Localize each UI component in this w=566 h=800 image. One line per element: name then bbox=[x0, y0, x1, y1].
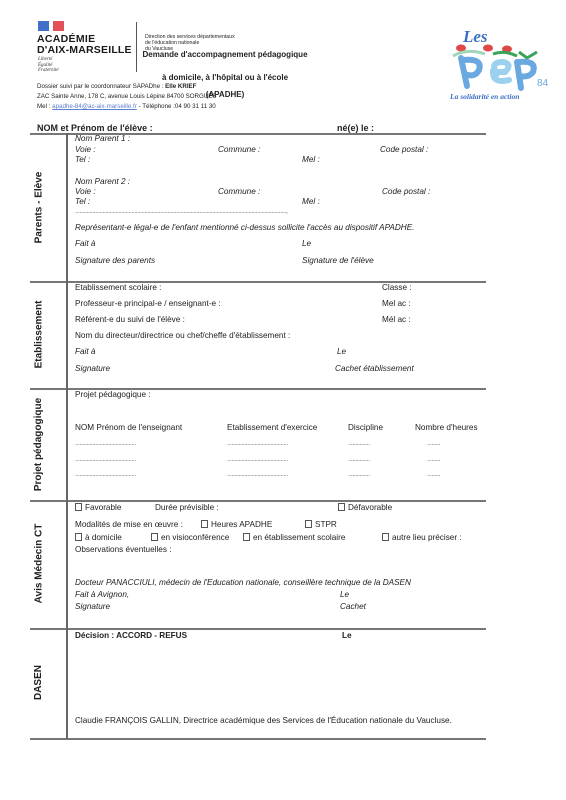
parent1-email-label: Mel : bbox=[302, 155, 320, 164]
teacher-email-label: Mel ac : bbox=[382, 299, 411, 308]
duration-label: Durée prévisible : bbox=[155, 503, 219, 512]
svg-text:Les: Les bbox=[462, 27, 488, 46]
project-row-field: ........................................… bbox=[75, 440, 205, 447]
contact-address: ZAC Sainte Anne, 178 C, avenue Louis Lép… bbox=[37, 93, 217, 100]
parent2-postcode-label: Code postal : bbox=[382, 187, 430, 196]
parent2-street-label: Voie : bbox=[75, 187, 96, 196]
class-label: Classe : bbox=[382, 283, 412, 292]
republic-motto: LibertéÉgalitéFraternité bbox=[38, 57, 59, 74]
project-row-field: ............... bbox=[348, 440, 393, 447]
student-name-label: NOM et Prénom de l'élève : bbox=[37, 123, 153, 133]
legal-rep-statement: Représentant-e légal-e de l'enfant menti… bbox=[75, 223, 414, 232]
project-row-field: ........................................… bbox=[75, 471, 205, 478]
section-title-etablissement: Etablissement bbox=[14, 284, 64, 384]
project-row-field: ........................................… bbox=[75, 456, 205, 463]
section-title-parents: Parents - Elève bbox=[14, 140, 64, 275]
project-row-field: ........................................… bbox=[227, 456, 332, 463]
parent1-phone-label: Tel : bbox=[75, 155, 90, 164]
project-row-field: ......... bbox=[427, 471, 457, 478]
parents-date-label: Le bbox=[302, 239, 311, 248]
parent2-phone-label: Tel : bbox=[75, 197, 90, 206]
unfavorable-checkbox[interactable]: Défavorable bbox=[338, 503, 392, 512]
header-divider bbox=[136, 22, 137, 72]
observations-label: Observations éventuelles : bbox=[75, 545, 171, 554]
pep84-logo-icon: Les 84 bbox=[447, 22, 557, 102]
contact-mail-phone: Mel : apadhe-84@ac-aix-marseille.fr - Té… bbox=[37, 103, 216, 110]
director-label: Nom du directeur/directrice ou chef/chef… bbox=[75, 331, 290, 340]
project-row-field: ......... bbox=[427, 440, 457, 447]
parent1-name-label: Nom Parent 1 : bbox=[75, 134, 130, 143]
school-setting-checkbox[interactable]: en établissement scolaire bbox=[243, 533, 345, 542]
contact-coordinator: Dossier suivi par le coordonnateur SAPAD… bbox=[37, 83, 196, 90]
referent-email-label: Mél ac : bbox=[382, 315, 411, 324]
parent1-city-label: Commune : bbox=[218, 145, 260, 154]
school-label: Etablissement scolaire : bbox=[75, 283, 161, 292]
parents-signature-label: Signature des parents bbox=[75, 256, 155, 265]
section-divider bbox=[30, 738, 486, 740]
school-place-label: Fait à bbox=[75, 347, 95, 356]
form-title-line2: à domicile, à l'hôpital ou à l'école bbox=[55, 73, 395, 82]
doctor-stamp-label: Cachet bbox=[340, 602, 366, 611]
project-row-field: ......... bbox=[427, 456, 457, 463]
project-label: Projet pédagogique : bbox=[75, 390, 151, 399]
svg-text:84: 84 bbox=[537, 78, 549, 89]
section-title-projet: Projet pédagogique bbox=[14, 392, 64, 496]
referent-label: Référent-e du suivi de l'élève : bbox=[75, 315, 185, 324]
parent2-name-label: Nom Parent 2 : bbox=[75, 177, 130, 186]
decision-label: Décision : ACCORD - REFUS bbox=[75, 631, 187, 640]
doctor-date-label: Le bbox=[340, 590, 349, 599]
project-row-field: ........................................… bbox=[227, 471, 332, 478]
logo-tagline: La solidarité en action bbox=[450, 92, 519, 101]
stpr-checkbox[interactable]: STPR bbox=[305, 520, 337, 529]
decision-date-label: Le bbox=[342, 631, 352, 640]
teacher-label: Professeur-e principal-e / enseignant-e … bbox=[75, 299, 221, 308]
doctor-name: Docteur PANACCIULI, médecin de l'Educati… bbox=[75, 578, 411, 587]
section-divider bbox=[30, 628, 486, 630]
school-date-label: Le bbox=[337, 347, 346, 356]
section-divider bbox=[30, 500, 486, 502]
modalities-label: Modalités de mise en œuvre : bbox=[75, 520, 183, 529]
project-row-field: ............... bbox=[348, 471, 393, 478]
dotted-line: ........................................… bbox=[75, 208, 455, 215]
parent2-email-label: Mel : bbox=[302, 197, 320, 206]
contact-email-link[interactable]: apadhe-84@ac-aix-marseille.fr bbox=[52, 103, 137, 110]
school-stamp-label: Cachet établissement bbox=[335, 364, 414, 373]
col-school: Etablissement d'exercice bbox=[227, 423, 317, 432]
videoconference-checkbox[interactable]: en visioconférence bbox=[151, 533, 229, 542]
student-birthdate-label: né(e) le : bbox=[337, 123, 374, 133]
col-hours: Nombre d'heures bbox=[415, 423, 478, 432]
doctor-place-label: Fait à Avignon, bbox=[75, 590, 129, 599]
section-title-avis: Avis Médecin CT bbox=[14, 504, 64, 622]
parents-place-label: Fait à bbox=[75, 239, 95, 248]
parent1-postcode-label: Code postal : bbox=[380, 145, 428, 154]
marianne-flag-icon bbox=[38, 21, 64, 31]
favorable-checkbox[interactable]: Favorable bbox=[75, 503, 121, 512]
parent1-street-label: Voie : bbox=[75, 145, 96, 154]
column-divider bbox=[66, 133, 68, 739]
project-row-field: ............... bbox=[348, 456, 393, 463]
parent2-city-label: Commune : bbox=[218, 187, 260, 196]
student-signature-label: Signature de l'élève bbox=[302, 256, 374, 265]
doctor-signature-label: Signature bbox=[75, 602, 110, 611]
col-discipline: Discipline bbox=[348, 423, 383, 432]
school-signature-label: Signature bbox=[75, 364, 110, 373]
project-row-field: ........................................… bbox=[227, 440, 332, 447]
col-teacher-name: NOM Prénom de l'enseignant bbox=[75, 423, 182, 432]
dasen-signatory: Claudie FRANÇOIS GALLIN, Directrice acad… bbox=[75, 716, 452, 725]
section-title-dasen: DASEN bbox=[14, 632, 64, 732]
apadhe-hours-checkbox[interactable]: Heures APADHE bbox=[201, 520, 272, 529]
home-checkbox[interactable]: à domicile bbox=[75, 533, 122, 542]
form-title-line1: Demande d'accompagnement pédagogique bbox=[55, 50, 395, 59]
other-place-checkbox[interactable]: autre lieu préciser : bbox=[382, 533, 462, 542]
